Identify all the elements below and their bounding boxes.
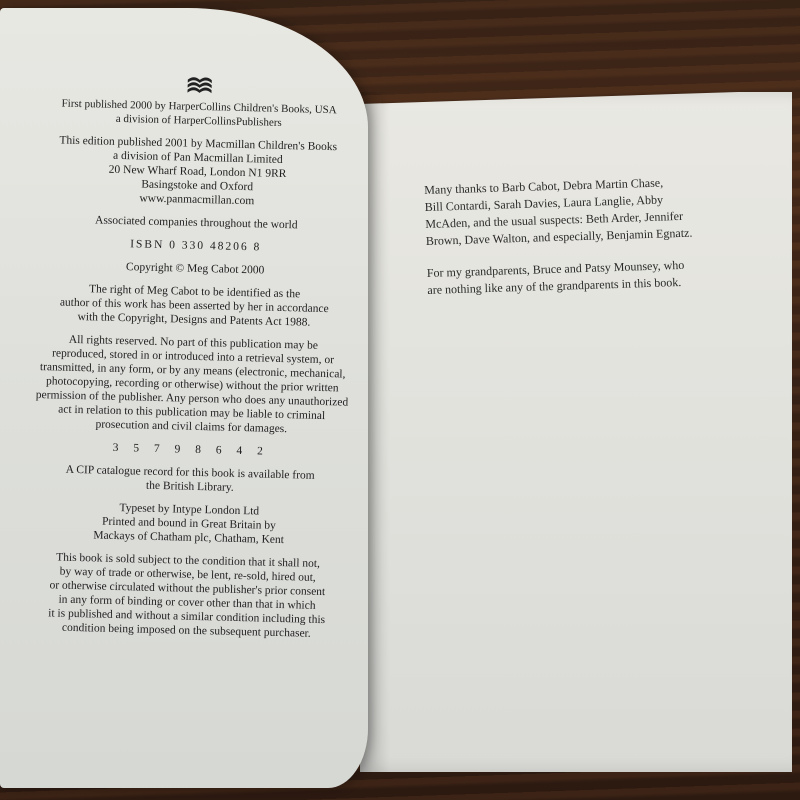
isbn: ISBN 0 330 48206 8 bbox=[36, 235, 356, 257]
edition-block: This edition published 2001 by Macmillan… bbox=[37, 133, 359, 211]
print-number-text: 3 5 7 9 8 6 4 2 bbox=[31, 439, 351, 461]
rights-reserved-block: All rights reserved. No part of this pub… bbox=[31, 332, 353, 438]
isbn-text: ISBN 0 330 48206 8 bbox=[36, 235, 356, 257]
copyright-notice: Copyright © Meg Cabot 2000 bbox=[35, 258, 355, 280]
moral-right-block: The right of Meg Cabot to be identified … bbox=[34, 281, 355, 331]
typeset-block: Typeset by Intype London Ltd Printed and… bbox=[28, 499, 349, 549]
dedication-page: Many thanks to Barb Cabot, Debra Martin … bbox=[424, 171, 768, 314]
acknowledgements: Many thanks to Barb Cabot, Debra Martin … bbox=[424, 171, 766, 250]
dedication: For my grandparents, Bruce and Patsy Mou… bbox=[427, 254, 768, 299]
print-number: 3 5 7 9 8 6 4 2 bbox=[31, 439, 351, 461]
harpercollins-logo-icon bbox=[185, 74, 213, 95]
conditions-block: This book is sold subject to the conditi… bbox=[26, 550, 348, 642]
copyright-page: First published 2000 by HarperCollins Ch… bbox=[26, 70, 360, 651]
cip-block: A CIP catalogue record for this book is … bbox=[30, 462, 351, 498]
first-published-block: First published 2000 by HarperCollins Ch… bbox=[39, 96, 360, 132]
copyright-text: Copyright © Meg Cabot 2000 bbox=[35, 258, 355, 280]
associated-block: Associated companies throughout the worl… bbox=[36, 212, 356, 234]
text-line: Associated companies throughout the worl… bbox=[36, 212, 356, 234]
